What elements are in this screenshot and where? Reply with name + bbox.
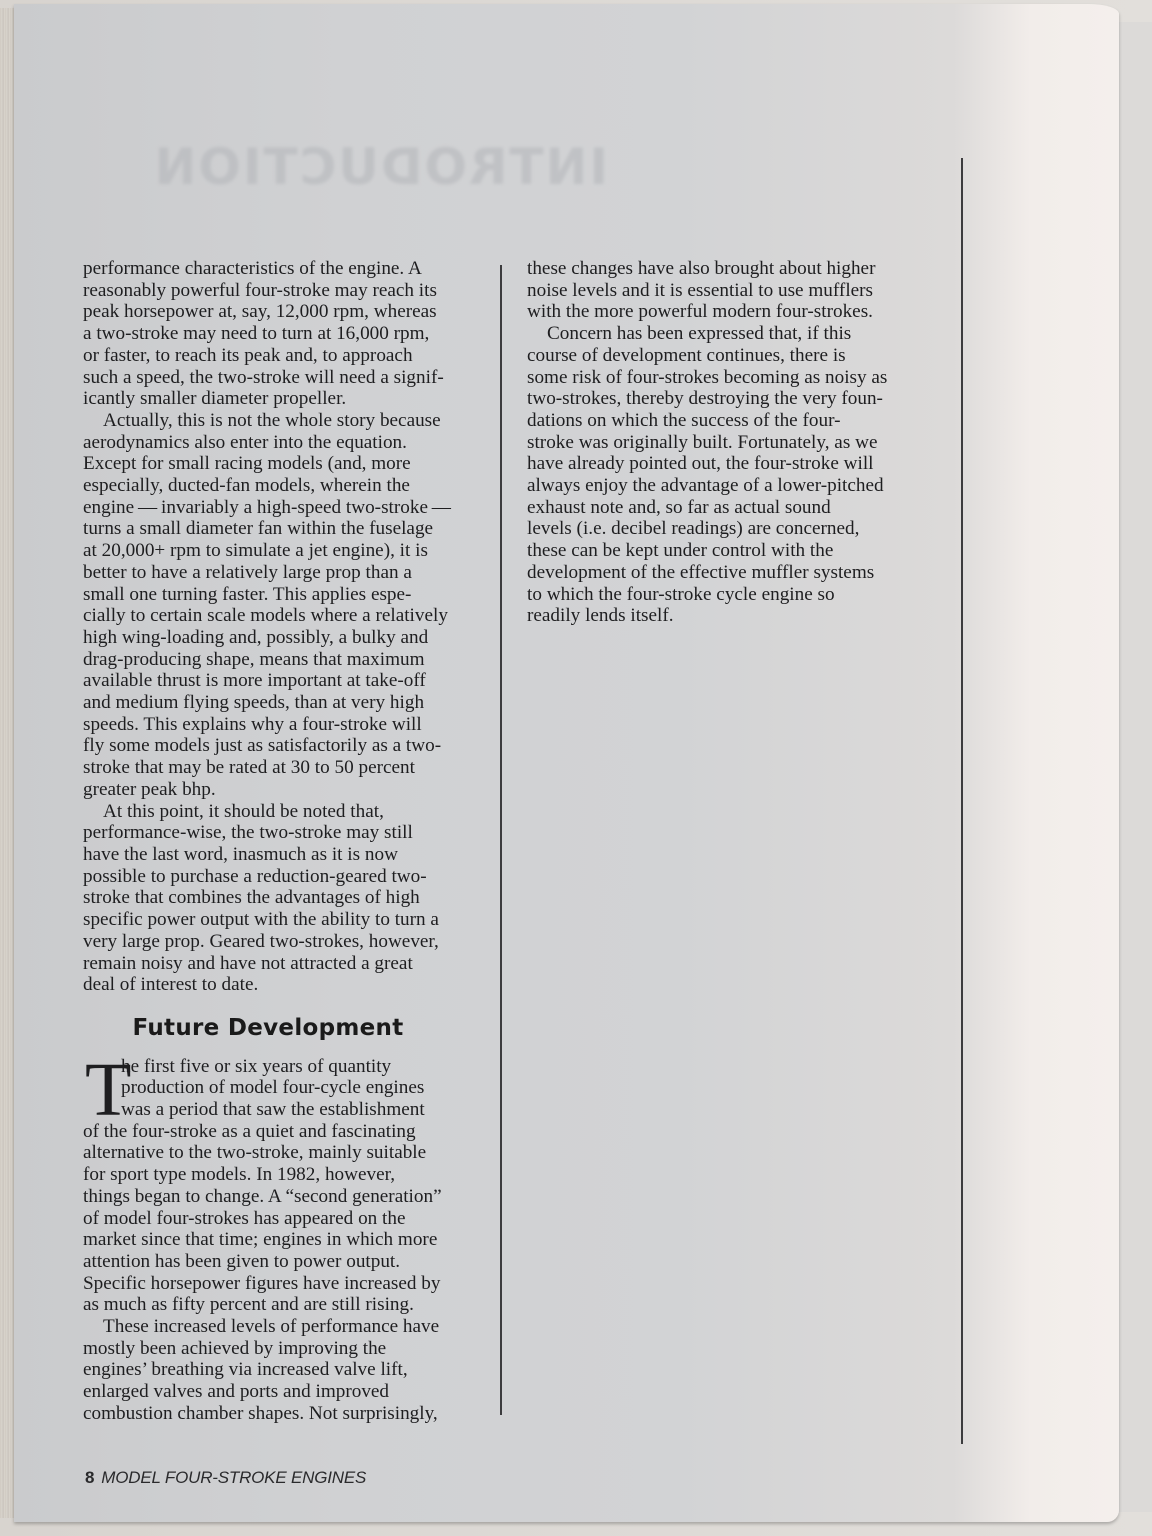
- paragraph-performance-levels: These increased levels of performance ha…: [83, 1316, 483, 1425]
- text-line: high wing-loading and, possibly, a bulky…: [83, 627, 483, 649]
- drop-cap: T: [85, 1058, 131, 1122]
- text-line: icantly smaller diameter propeller.: [83, 388, 483, 410]
- text-line: Except for small racing models (and, mor…: [83, 453, 483, 475]
- text-line: dations on which the success of the four…: [527, 410, 927, 432]
- text-line: to which the four-stroke cycle engine so: [527, 584, 927, 606]
- text-line: aerodynamics also enter into the equatio…: [83, 432, 483, 454]
- paragraph-performance: performance characteristics of the engin…: [83, 258, 483, 410]
- text-line: have the last word, inasmuch as it is no…: [83, 844, 483, 866]
- text-line: possible to purchase a reduction-geared …: [83, 866, 483, 888]
- text-line: for sport type models. In 1982, however,: [83, 1164, 483, 1186]
- text-line: performance characteristics of the engin…: [83, 258, 483, 280]
- text-line: noise levels and it is essential to use …: [527, 280, 927, 302]
- text-line: stroke that combines the advantages of h…: [83, 887, 483, 909]
- text-line: enlarged valves and ports and improved: [83, 1381, 483, 1403]
- text-line: peak horsepower at, say, 12,000 rpm, whe…: [83, 301, 483, 323]
- text-line: some risk of four-strokes becoming as no…: [527, 367, 927, 389]
- text-line: remain noisy and have not attracted a gr…: [83, 953, 483, 975]
- text-line: and medium flying speeds, than at very h…: [83, 692, 483, 714]
- running-title: MODEL FOUR-STROKE ENGINES: [101, 1468, 366, 1487]
- text-line: market since that time; engines in which…: [83, 1229, 483, 1251]
- text-line: especially, ducted-fan models, wherein t…: [83, 475, 483, 497]
- page-footer: 8MODEL FOUR-STROKE ENGINES: [85, 1468, 366, 1488]
- text-line: turns a small diameter fan within the fu…: [83, 518, 483, 540]
- text-line: available thrust is more important at ta…: [83, 670, 483, 692]
- text-line: attention has been given to power output…: [83, 1251, 483, 1273]
- text-line: have already pointed out, the four-strok…: [527, 453, 927, 475]
- text-line: cially to certain scale models where a r…: [83, 605, 483, 627]
- text-line: of the four-stroke as a quiet and fascin…: [83, 1121, 483, 1143]
- book-photo: INTRODUCTION performance characteristics…: [0, 0, 1152, 1536]
- column-divider-rule: [500, 265, 502, 1415]
- text-line: deal of interest to date.: [83, 974, 483, 996]
- text-line: stroke was originally built. Fortunately…: [527, 432, 927, 454]
- text-line: these changes have also brought about hi…: [527, 258, 927, 280]
- text-line: drag-producing shape, means that maximum: [83, 649, 483, 671]
- text-line: better to have a relatively large prop t…: [83, 562, 483, 584]
- text-line: he first five or six years of quantity: [83, 1056, 483, 1078]
- text-line: was a period that saw the establishment: [83, 1099, 483, 1121]
- right-column: these changes have also brought about hi…: [527, 258, 927, 627]
- text-line: speeds. This explains why a four-stroke …: [83, 714, 483, 736]
- text-line: reasonably powerful four-stroke may reac…: [83, 280, 483, 302]
- text-line: course of development continues, there i…: [527, 345, 927, 367]
- text-line: small one turning faster. This applies e…: [83, 584, 483, 606]
- left-column: performance characteristics of the engin…: [83, 258, 483, 1425]
- text-line: stroke that may be rated at 30 to 50 per…: [83, 757, 483, 779]
- paragraph-noise-levels: these changes have also brought about hi…: [527, 258, 927, 323]
- text-line: a two-stroke may need to turn at 16,000 …: [83, 323, 483, 345]
- text-line: greater peak bhp.: [83, 779, 483, 801]
- text-line: fly some models just as satisfactorily a…: [83, 735, 483, 757]
- text-line: exhaust note and, so far as actual sound: [527, 497, 927, 519]
- text-line: combustion chamber shapes. Not surprisin…: [83, 1403, 483, 1425]
- text-line: very large prop. Geared two-strokes, how…: [83, 931, 483, 953]
- text-line: as much as fifty percent and are still r…: [83, 1294, 483, 1316]
- text-line: levels (i.e. decibel readings) are conce…: [527, 518, 927, 540]
- text-line: Concern has been expressed that, if this: [527, 323, 927, 345]
- paragraph-concern: Concern has been expressed that, if this…: [527, 323, 927, 627]
- text-line: such a speed, the two-stroke will need a…: [83, 367, 483, 389]
- bleed-through-heading: INTRODUCTION: [153, 138, 608, 196]
- section-heading: Future Development: [83, 1018, 483, 1040]
- text-line: Specific horsepower figures have increas…: [83, 1273, 483, 1295]
- text-line: performance-wise, the two-stroke may sti…: [83, 822, 483, 844]
- text-line: readily lends itself.: [527, 605, 927, 627]
- text-line: specific power output with the ability t…: [83, 909, 483, 931]
- text-line: mostly been achieved by improving the: [83, 1338, 483, 1360]
- text-line: these can be kept under control with the: [527, 540, 927, 562]
- text-line: Actually, this is not the whole story be…: [83, 410, 483, 432]
- text-line: These increased levels of performance ha…: [83, 1316, 483, 1338]
- paragraph-aerodynamics: Actually, this is not the whole story be…: [83, 410, 483, 801]
- text-line: or faster, to reach its peak and, to app…: [83, 345, 483, 367]
- paragraph-geared-two-strokes: At this point, it should be noted that, …: [83, 801, 483, 996]
- page-number: 8: [85, 1468, 94, 1487]
- paragraph-first-years: T he first five or six years of quantity…: [83, 1056, 483, 1316]
- text-line: with the more powerful modern four-strok…: [527, 301, 927, 323]
- text-line: two-strokes, thereby destroying the very…: [527, 388, 927, 410]
- text-line: engine — invariably a high-speed two-str…: [83, 497, 483, 519]
- text-line: production of model four-cycle engines: [83, 1077, 483, 1099]
- right-margin-rule: [961, 158, 963, 1444]
- text-line: always enjoy the advantage of a lower-pi…: [527, 475, 927, 497]
- facing-page-edge: [1118, 22, 1152, 1512]
- text-line: of model four-strokes has appeared on th…: [83, 1208, 483, 1230]
- text-line: At this point, it should be noted that,: [83, 801, 483, 823]
- text-line: things began to change. A “second genera…: [83, 1186, 483, 1208]
- text-line: at 20,000+ rpm to simulate a jet engine)…: [83, 540, 483, 562]
- text-line: engines’ breathing via increased valve l…: [83, 1359, 483, 1381]
- text-line: alternative to the two-stroke, mainly su…: [83, 1142, 483, 1164]
- text-line: development of the effective muffler sys…: [527, 562, 927, 584]
